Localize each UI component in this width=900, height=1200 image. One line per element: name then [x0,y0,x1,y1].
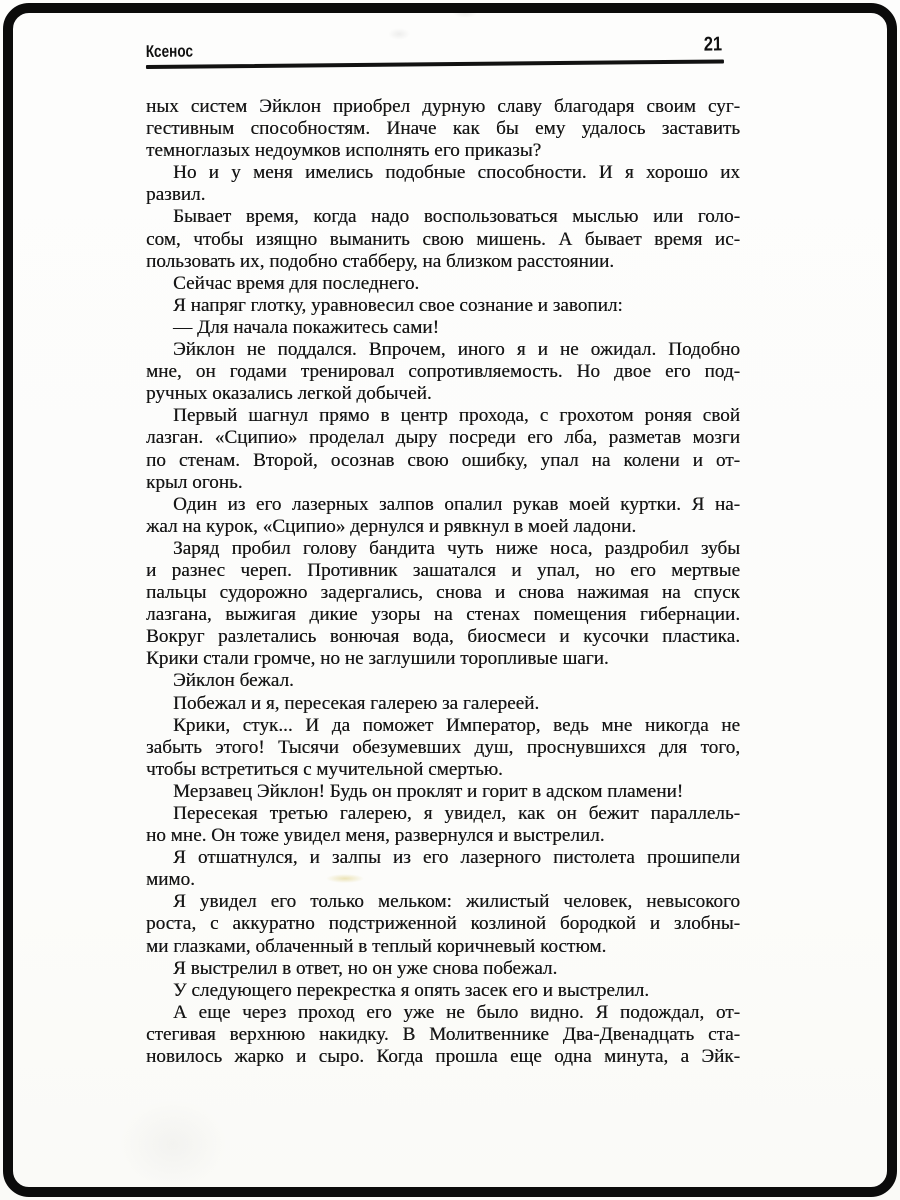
text-line: новилось жарко и сыро. Когда прошла еще … [146,1046,740,1068]
page-number: 21 [703,33,721,56]
paragraph: ных систем Эйклон приобрел дурную славу … [146,96,740,162]
text-line: ручных оказались легкой добычей. [146,383,740,405]
text-line: жал на курок, «Сципио» дернулся и рявкну… [146,516,740,538]
text-line: У следующего перекрестка я опять засек е… [146,980,740,1002]
text-line: крыл огонь. [146,472,740,494]
text-line: А еще через проход его уже не было видно… [146,1002,740,1024]
paragraph: Первый шагнул прямо в центр прохода, с г… [146,405,740,493]
text-line: Крики стали громче, но не заглушили торо… [146,648,740,670]
paragraph: Эйклон не поддался. Впрочем, иного я и н… [146,339,740,405]
text-line: Бывает время, когда надо воспользоваться… [146,206,740,228]
text-line: ми глазками, облаченный в теплый коричне… [146,936,740,958]
text-line: Эйклон бежал. [146,670,740,692]
text-line: Побежал и я, пересекая галерею за галере… [146,693,740,715]
text-line: развил. [146,184,740,206]
text-line: Заряд пробил голову бандита чуть ниже но… [146,538,740,560]
paragraph: Я выстрелил в ответ, но он уже снова поб… [146,958,740,980]
text-line: мне, он годами тренировал сопротивляемос… [146,361,740,383]
page-header: Ксенос 21 [146,34,740,69]
text-line: Но и у меня имелись подобные способности… [146,162,740,184]
text-line: Я увидел его только мельком: жилистый че… [146,891,740,913]
paragraph: Я увидел его только мельком: жилистый че… [146,891,740,957]
paragraph: Крики, стук... И да поможет Император, в… [146,715,740,781]
paragraph: Я отшатнулся, и залпы из его лазерного п… [146,847,740,891]
text-line: Я выстрелил в ответ, но он уже снова поб… [146,958,740,980]
header-row: Ксенос 21 [146,34,740,62]
page-content: Ксенос 21 [146,40,740,69]
text-line: лазган. «Сципио» проделал дыру посреди е… [146,427,740,449]
text-line: Эйклон не поддался. Впрочем, иного я и н… [146,339,740,361]
text-line: и разнес череп. Противник зашатался и уп… [146,560,740,582]
paragraph: Мерзавец Эйклон! Будь он проклят и горит… [146,781,740,803]
paragraph: Сейчас время для последнего. [146,273,740,295]
text-line: Пересекая третью галерею, я увидел, как … [146,803,740,825]
paragraph: — Для начала покажитесь сами! [146,317,740,339]
text-line: мимо. [146,869,740,891]
text-line: Я отшатнулся, и залпы из его лазерного п… [146,847,740,869]
text-line: — Для начала покажитесь сами! [146,317,740,339]
text-line: Я напряг глотку, уравновесил свое сознан… [146,295,740,317]
paragraph: Я напряг глотку, уравновесил свое сознан… [146,295,740,317]
text-line: пользовать их, подобно стабберу, на близ… [146,251,740,273]
text-line: гестивным способностям. Иначе как бы ему… [146,118,740,140]
paragraph: Эйклон бежал. [146,670,740,692]
text-line: ных систем Эйклон приобрел дурную славу … [146,96,740,118]
paragraph: А еще через проход его уже не было видно… [146,1002,740,1068]
paragraph: Но и у меня имелись подобные способности… [146,162,740,206]
text-line: Первый шагнул прямо в центр прохода, с г… [146,405,740,427]
paragraph: Бывает время, когда надо воспользоваться… [146,206,740,272]
text-line: пальцы судорожно задергались, снова и сн… [146,582,740,604]
text-line: сом, чтобы изящно выманить свою мишень. … [146,229,740,251]
paragraph: Пересекая третью галерею, я увидел, как … [146,803,740,847]
text-line: Сейчас время для последнего. [146,273,740,295]
running-title: Ксенос [146,42,193,62]
scan-smudge-gray [452,6,478,18]
text-line: чтобы встретиться с мучительной смертью. [146,759,740,781]
text-line: лазгана, выжигая дикие узоры на стенах п… [146,604,740,626]
text-line: роста, с аккуратно подстриженной козлино… [146,913,740,935]
text-line: Один из его лазерных залпов опалил рукав… [146,494,740,516]
text-line: Вокруг разлетались вонючая вода, биосмес… [146,626,740,648]
body-text: ных систем Эйклон приобрел дурную славу … [146,96,740,1068]
paragraph: У следующего перекрестка я опять засек е… [146,980,740,1002]
text-line: стегивая верхнюю накидку. В Молитвеннике… [146,1024,740,1046]
text-line: Мерзавец Эйклон! Будь он проклят и горит… [146,781,740,803]
text-line: темноглазых недоумков исполнять его прик… [146,140,740,162]
text-line: Крики, стук... И да поможет Император, в… [146,715,740,737]
paragraph: Заряд пробил голову бандита чуть ниже но… [146,538,740,671]
text-line: забыть этого! Тысячи обезумевших душ, пр… [146,737,740,759]
paragraph: Один из его лазерных залпов опалил рукав… [146,494,740,538]
text-line: по стенам. Второй, осознав свою ошибку, … [146,450,740,472]
paragraph: Побежал и я, пересекая галерею за галере… [146,693,740,715]
scan-smudge-gray [118,1098,228,1190]
text-line: но мне. Он тоже увидел меня, развернулся… [146,825,740,847]
